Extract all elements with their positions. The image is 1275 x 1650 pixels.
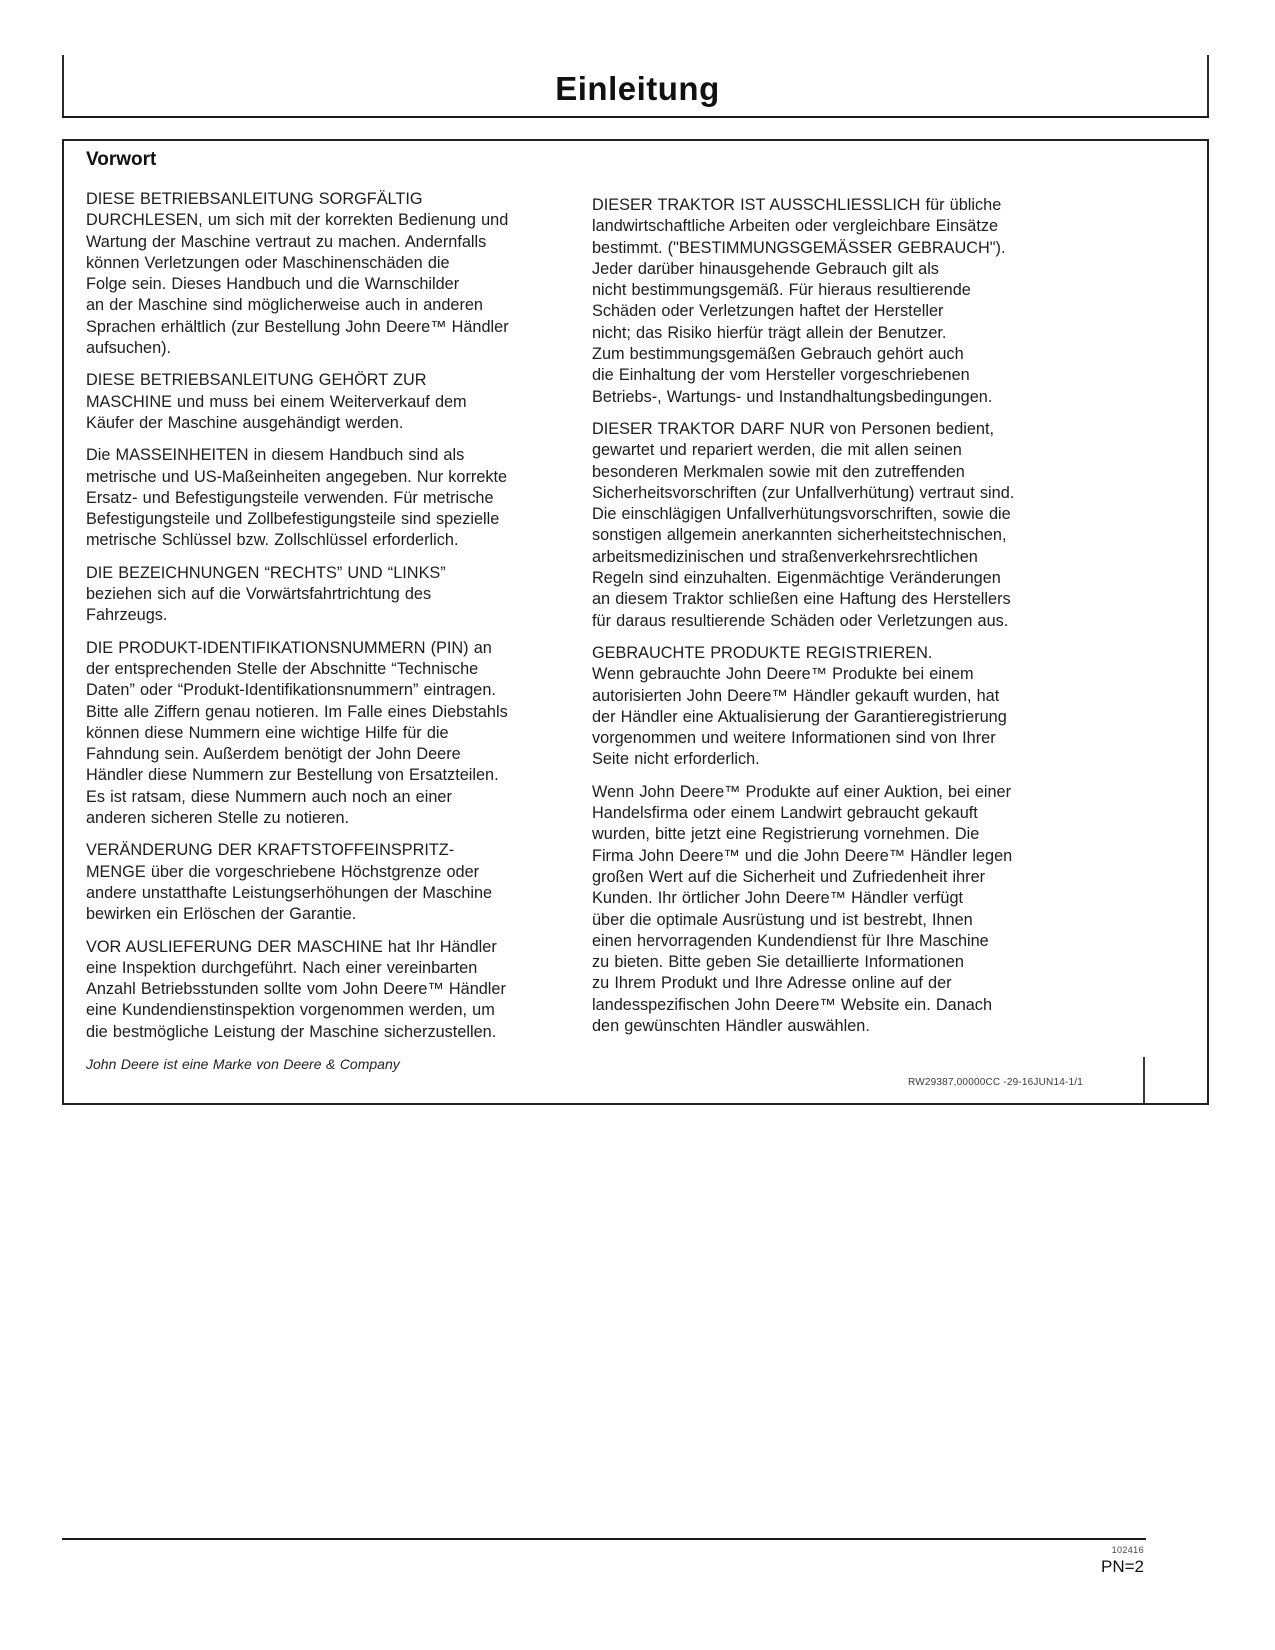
manual-page: Einleitung Vorwort DIESE BETRIEBSANLEITU…: [0, 0, 1275, 1650]
paragraph: VOR AUSLIEFERUNG DER MASCHINE hat Ihr Hä…: [86, 937, 568, 1043]
two-column-layout: DIESE BETRIEBSANLEITUNG SORGFÄLTIG DURCH…: [86, 189, 1098, 1086]
header-bottom-rule: [62, 116, 1209, 118]
paragraph: Die MASSEINHEITEN in diesem Handbuch sin…: [86, 445, 568, 551]
paragraph: DIE BEZEICHNUNGEN “RECHTS” UND “LINKS” b…: [86, 563, 568, 627]
trademark-note: John Deere ist eine Marke von Deere & Co…: [86, 1054, 568, 1075]
paragraph: DIE PRODUKT-IDENTIFIKATIONSNUMMERN (PIN)…: [86, 638, 568, 830]
print-code: 102416: [1112, 1545, 1144, 1555]
footer-rule: [62, 1538, 1146, 1540]
foreword-box: Vorwort DIESE BETRIEBSANLEITUNG SORGFÄLT…: [62, 139, 1209, 1105]
section-heading: Vorwort: [86, 149, 156, 171]
paragraph: DIESER TRAKTOR DARF NUR von Personen bed…: [592, 419, 1098, 632]
paragraph: DIESER TRAKTOR IST AUSSCHLIESSLICH für ü…: [592, 195, 1098, 408]
left-column: DIESE BETRIEBSANLEITUNG SORGFÄLTIG DURCH…: [86, 189, 568, 1086]
page-number: PN=2: [1101, 1557, 1144, 1577]
paragraph: Wenn John Deere™ Produkte auf einer Aukt…: [592, 782, 1098, 1038]
page-title: Einleitung: [0, 70, 1275, 108]
paragraph: VERÄNDERUNG DER KRAFTSTOFFEINSPRITZ- MEN…: [86, 840, 568, 925]
paragraph: GEBRAUCHTE PRODUKTE REGISTRIEREN. Wenn g…: [592, 643, 1098, 771]
paragraph: DIESE BETRIEBSANLEITUNG GEHÖRT ZUR MASCH…: [86, 370, 568, 434]
paragraph: DIESE BETRIEBSANLEITUNG SORGFÄLTIG DURCH…: [86, 189, 568, 359]
reference-divider-rule: [1143, 1057, 1145, 1103]
reference-code: RW29387,00000CC -29-16JUN14-1/1: [908, 1077, 1083, 1088]
right-column: DIESER TRAKTOR IST AUSSCHLIESSLICH für ü…: [592, 189, 1098, 1086]
